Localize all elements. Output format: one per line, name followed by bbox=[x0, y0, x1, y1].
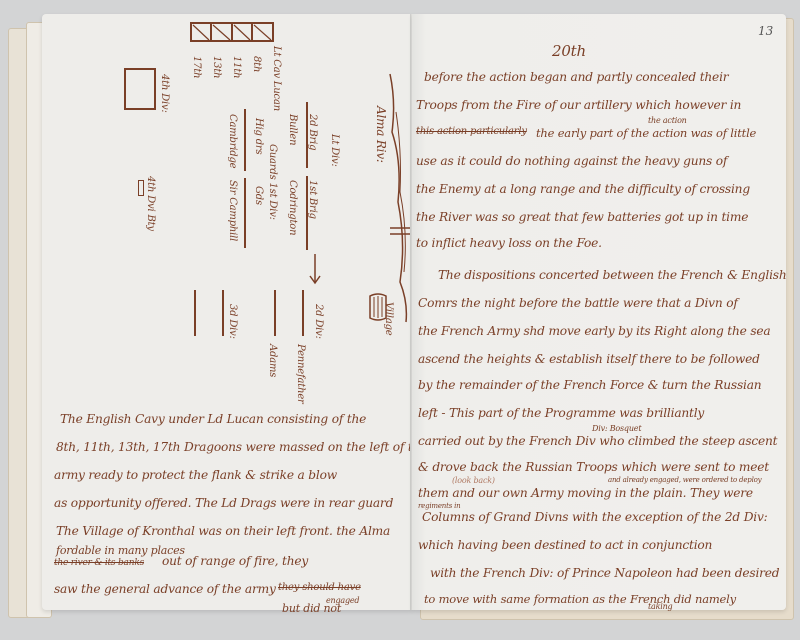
third-div-line-1 bbox=[194, 290, 196, 336]
label-third-div: 3d Div: bbox=[227, 304, 238, 339]
right-p2-line-4: ascend the heights & establish itself th… bbox=[418, 352, 760, 366]
label-second-brig: 2d Brig bbox=[307, 114, 318, 150]
fourth-div-battery-box bbox=[138, 180, 144, 196]
right-p1-line-1: before the action began and partly conce… bbox=[424, 70, 728, 84]
right-p2-line-9: them and our own Army moving in the plai… bbox=[418, 486, 753, 500]
right-heading: 20th bbox=[552, 42, 586, 60]
right-insert-lookback: (look back) bbox=[452, 476, 495, 485]
cav-label-17: 17th bbox=[191, 56, 202, 78]
label-light-cavalry: Lt Cav Lucan bbox=[271, 46, 282, 111]
left-page: 17th 13th 11th 8th Lt Cav Lucan 4th Div:… bbox=[42, 14, 412, 610]
label-buller-div: Sir Camphill bbox=[227, 180, 238, 241]
right-p2-line-3: the French Army shd move early by its Ri… bbox=[418, 324, 770, 338]
right-p2-line-10: Columns of Grand Divns with the exceptio… bbox=[422, 510, 768, 524]
left-text-line-7: saw the general advance of the army bbox=[54, 582, 276, 596]
fourth-division-box bbox=[124, 68, 156, 110]
right-page: 13 20th before the action began and part… bbox=[412, 14, 786, 610]
guards-line-2 bbox=[244, 178, 246, 248]
right-p2-line-7: carried out by the French Div who climbe… bbox=[418, 434, 777, 448]
left-text-line-6: out of range of fire, they bbox=[162, 554, 308, 568]
label-highlanders: Hig drs bbox=[253, 118, 264, 154]
label-first-brig: 1st Brig bbox=[307, 180, 318, 219]
right-p1-line-4: use as it could do nothing against the h… bbox=[416, 154, 727, 168]
second-div-line-2 bbox=[302, 290, 304, 336]
label-alma-river: Alma Riv: bbox=[374, 106, 388, 163]
left-text-line-4: as opportunity offered. The Ld Drags wer… bbox=[54, 496, 393, 510]
left-text-line-1: The English Cavy under Ld Lucan consisti… bbox=[60, 412, 366, 426]
left-struck-should-have: they should have bbox=[278, 582, 361, 593]
right-p2-line-11: which having been destined to act in con… bbox=[418, 538, 712, 552]
cav-label-11: 11th bbox=[231, 56, 242, 78]
label-adams: Adams bbox=[267, 344, 278, 377]
right-p2-line-1: The dispositions concerted between the F… bbox=[438, 268, 786, 282]
label-pennefather: Pennefather bbox=[295, 344, 306, 404]
cav-label-13: 13th bbox=[211, 56, 222, 78]
label-bullen: Bullen bbox=[287, 114, 298, 145]
right-p2-line-8: & drove back the Russian Troops which we… bbox=[418, 460, 769, 474]
second-div-line-1 bbox=[274, 290, 276, 336]
label-second-div: 2d Div: bbox=[313, 304, 324, 339]
left-text-line-5: The Village of Kronthal was on their lef… bbox=[56, 524, 390, 538]
third-div-line-2 bbox=[222, 290, 224, 336]
cavalry-squadrons-sketch bbox=[190, 22, 280, 44]
left-text-line-2: 8th, 11th, 13th, 17th Dragoons were mass… bbox=[56, 440, 427, 454]
label-codrington: Codrington bbox=[287, 180, 298, 235]
cav-label-8: 8th bbox=[251, 56, 262, 72]
right-p1-struck: this action particularly bbox=[416, 126, 527, 137]
right-insert-regiments: regiments in bbox=[418, 502, 460, 510]
right-p1-line-5: the Enemy at a long range and the diffic… bbox=[416, 182, 750, 196]
right-p2-line-12: with the French Div: of Prince Napoleon … bbox=[430, 566, 779, 580]
right-p2-line-2: Comrs the night before the battle were t… bbox=[418, 296, 738, 310]
label-cambridge: Cambridge bbox=[227, 114, 238, 168]
right-p1-line-3: the early part of the action was of litt… bbox=[536, 126, 756, 140]
label-guards: Guards 1st Div: bbox=[267, 144, 278, 220]
right-p1-line-7: to inflict heavy loss on the Foe. bbox=[416, 236, 602, 250]
guards-line-1 bbox=[244, 109, 246, 171]
right-p1-line-6: the River was so great that few batterie… bbox=[416, 210, 748, 224]
label-gds: Gds bbox=[253, 186, 264, 205]
advance-arrow bbox=[308, 252, 322, 286]
left-struck-river-banks: the river & its banks bbox=[54, 558, 144, 568]
label-lt-div: Lt Div: bbox=[329, 134, 340, 167]
label-fourth-div: 4th Div: bbox=[159, 74, 170, 113]
left-text-line-3: army ready to protect the flank & strike… bbox=[54, 468, 337, 482]
label-fourth-div-battery: 4th Dvi Bty bbox=[145, 176, 156, 231]
right-p2-line-6: left - This part of the Programme was br… bbox=[418, 406, 704, 420]
right-p2-line-5: by the remainder of the French Force & t… bbox=[418, 378, 761, 392]
right-p1-insert: the action bbox=[648, 116, 687, 125]
page-number: 13 bbox=[758, 24, 773, 38]
left-insert-engaged: engaged bbox=[326, 596, 359, 605]
right-insert-already: and already engaged, were ordered to dep… bbox=[608, 476, 761, 484]
right-insert-bosquet: Div: Bosquet bbox=[592, 424, 641, 433]
right-p1-line-2: Troops from the Fire of our artillery wh… bbox=[416, 98, 741, 112]
